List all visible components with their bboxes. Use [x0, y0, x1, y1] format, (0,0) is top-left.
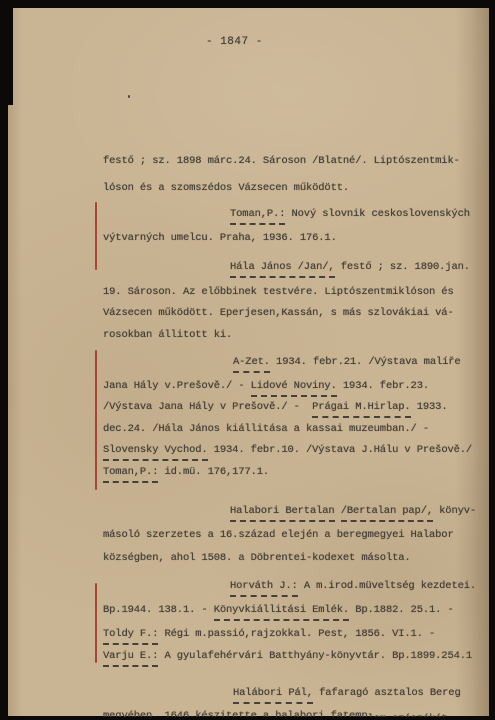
- red-margin-mark: [95, 350, 97, 490]
- text-line: Vázsecen működött. Eperjesen,Kassán, s m…: [103, 307, 454, 320]
- text-line: Hála János /Jan/, festő ; sz. 1890.jan.: [230, 261, 470, 278]
- text-line: Horváth J.: A m.irod.müveltség kezdetei.: [230, 580, 476, 597]
- text-segment: id.mü. 176,177.1.: [158, 466, 269, 479]
- underlined-heading: Varju E.:: [103, 650, 158, 667]
- text-segment: festő ; sz. 1890.jan.: [335, 261, 470, 274]
- scanned-document-page: - 1847 - festő ; sz. 1898 márc.24. Sáros…: [0, 0, 495, 720]
- text-segment: Vázsecen működött. Eperjesen,Kassán, s m…: [103, 307, 454, 320]
- text-line: Toman,P.: Nový slovnik ceskoslovenských: [230, 208, 470, 225]
- underlined-heading: Halabori Bertalan: [230, 505, 335, 522]
- text-segment: A gyulafehérvári Batthyány-könyvtár. Bp.…: [158, 650, 472, 663]
- text-segment: rosokban állitott ki.: [103, 329, 232, 342]
- underlined-heading: Lidové Noviny.: [251, 380, 337, 397]
- text-line: Jana Hály v.Prešově./ - Lidové Noviny. 1…: [103, 380, 429, 397]
- text-line: výtvarných umelcu. Praha, 1936. 176.1.: [103, 232, 337, 245]
- text-line: lóson és a szomszédos Vázsecen működött.: [103, 182, 349, 195]
- text-line: 19. Sároson. Az előbbinek testvére. Lipt…: [103, 286, 454, 299]
- text-segment: /Výstava Jana Hály v Prešově./ -: [103, 401, 312, 414]
- text-segment: Bp.1882. 25.1. -: [349, 604, 454, 617]
- text-line: rosokban állitott ki.: [103, 329, 232, 342]
- underlined-heading: Toldy F.:: [103, 628, 158, 645]
- underlined-heading: A-Zet.: [233, 356, 270, 373]
- text-line: /Výstava Jana Hály v Prešově./ - Prágai …: [103, 401, 447, 418]
- text-line: Varju E.: A gyulafehérvári Batthyány-kön…: [103, 650, 472, 667]
- text-line: Slovensky Vychod. 1934. febr.10. /Výstav…: [103, 444, 472, 461]
- page-number: - 1847 -: [206, 36, 263, 48]
- text-segment: A m.irod.müveltség kezdetei.: [298, 580, 476, 593]
- underlined-heading: Horváth J.:: [230, 580, 298, 597]
- red-margin-mark: [95, 583, 97, 663]
- underlined-heading: Toman,P.:: [103, 466, 158, 483]
- text-segment: könyv-: [433, 505, 476, 518]
- text-segment: 1934. febr.21. /Výstava malíře: [270, 356, 461, 369]
- underlined-heading: Halábori Pál,: [233, 687, 313, 704]
- text-line: dec.24. /Hála János kiállitása a kassai …: [103, 423, 429, 436]
- text-segment: 1934. febr.23.: [337, 380, 429, 393]
- text-segment: fafaragó asztalos Bereg: [313, 687, 461, 700]
- text-segment: 1933.: [411, 401, 448, 414]
- text-line: másoló szerzetes a 16.század elején a be…: [103, 529, 454, 542]
- ink-speck: [128, 95, 130, 98]
- scan-border-left-blob: [0, 0, 13, 105]
- scan-border-top: [0, 0, 495, 8]
- paper-sheet: - 1847 - festő ; sz. 1898 márc.24. Sáros…: [8, 8, 489, 716]
- underlined-heading: /Bertalan pap/,: [341, 505, 433, 522]
- text-line: Halabori Bertalan /Bertalan pap/, könyv-: [230, 505, 476, 522]
- underlined-heading: Toman,P.:: [230, 208, 285, 225]
- underlined-heading: Könyvkiállitási Emlék.: [214, 604, 349, 621]
- text-line: festő ; sz. 1898 márc.24. Sároson /Blatn…: [103, 155, 460, 168]
- text-segment: másoló szerzetes a 16.század elején a be…: [103, 529, 454, 542]
- text-line: Bp.1944. 138.1. - Könyvkiállitási Emlék.…: [103, 604, 454, 621]
- text-segment: községben, ahol 1508. a Döbrentei-kodexe…: [103, 552, 411, 565]
- underlined-heading: Hála János /Jan/,: [230, 261, 335, 278]
- text-segment: 19. Sároson. Az előbbinek testvére. Lipt…: [103, 286, 454, 299]
- red-margin-mark: [95, 202, 97, 270]
- underlined-heading: Slovensky Vychod.: [103, 444, 208, 461]
- underlined-heading: Prágai M.Hirlap.: [312, 401, 410, 418]
- text-segment: výtvarných umelcu. Praha, 1936. 176.1.: [103, 232, 337, 245]
- text-segment: festő ; sz. 1898 márc.24. Sároson /Blatn…: [103, 155, 460, 168]
- text-segment: 1934. febr.10. /Výstava J.Hálu v Prešově…: [208, 444, 473, 457]
- text-segment: lóson és a szomszédos Vázsecen működött.: [103, 182, 349, 195]
- scan-border-right: [489, 0, 495, 720]
- text-segment: Nový slovnik ceskoslovenských: [285, 208, 470, 221]
- text-segment: Jana Hály v.Prešově./ -: [103, 380, 251, 393]
- text-line: Toman,P.: id.mü. 176,177.1.: [103, 466, 269, 483]
- text-line: A-Zet. 1934. febr.21. /Výstava malíře: [233, 356, 461, 373]
- text-segment: Régi m.passió,rajzokkal. Pest, 1856. VI.…: [158, 628, 435, 641]
- text-line: Halábori Pál, fafaragó asztalos Bereg: [233, 687, 461, 704]
- text-segment: dec.24. /Hála János kiállitása a kassai …: [103, 423, 429, 436]
- scan-border-left: [0, 0, 8, 720]
- text-segment: Bp.1944. 138.1. -: [103, 604, 214, 617]
- text-line: községben, ahol 1508. a Döbrentei-kodexe…: [103, 552, 411, 565]
- text-line: Toldy F.: Régi m.passió,rajzokkal. Pest,…: [103, 628, 435, 645]
